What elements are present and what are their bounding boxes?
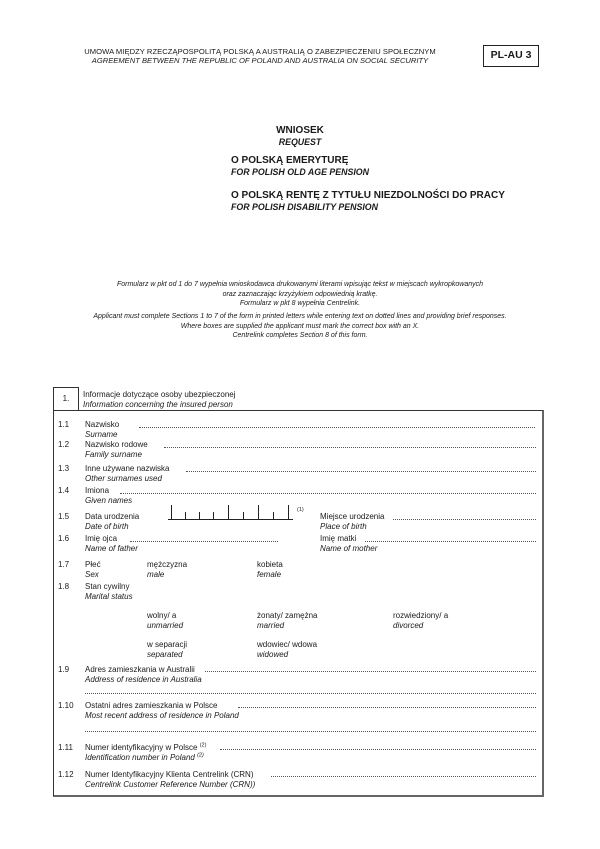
instruction-line: Centrelink completes Section 8 of this f…	[40, 331, 560, 341]
address-australia-field-line-2[interactable]	[85, 693, 536, 694]
field-number: 1.2	[58, 440, 69, 450]
option-pl: żonaty/ zamężna	[257, 611, 317, 621]
family-surname-label: Nazwisko rodowe Family surname	[85, 440, 148, 459]
label-en: Given names	[85, 496, 132, 506]
old-age-title-pl: O POLSKĄ EMERYTURĘ	[231, 155, 369, 167]
option-pl: mężczyzna	[147, 560, 187, 570]
crn-label: Numer Identyfikacyjny Klienta Centrelink…	[85, 770, 255, 789]
agreement-title-en: AGREEMENT BETWEEN THE REPUBLIC OF POLAND…	[60, 56, 460, 66]
request-title-pl: WNIOSEK	[220, 125, 380, 137]
field-number: 1.3	[58, 464, 69, 474]
label-en: Other surnames used	[85, 474, 170, 484]
field-number: 1.5	[58, 512, 69, 522]
instruction-line: oraz zaznaczając krzyżykiem odpowiednią …	[40, 290, 560, 300]
mother-name-label: Imię matki Name of mother	[320, 534, 377, 553]
label-pl: Numer Identyfikacyjny Klienta Centrelink…	[85, 770, 255, 780]
label-pl: Adres zamieszkania w Australii	[85, 665, 202, 675]
address-australia-label: Adres zamieszkania w Australii Address o…	[85, 665, 202, 684]
given-names-field[interactable]	[120, 493, 536, 494]
address-poland-field-line-2[interactable]	[85, 731, 536, 732]
instruction-line: Applicant must complete Sections 1 to 7 …	[40, 312, 560, 322]
old-age-pension-title: O POLSKĄ EMERYTURĘ FOR POLISH OLD AGE PE…	[231, 155, 369, 178]
option-pl: wolny/ a	[147, 611, 183, 621]
field-number: 1.6	[58, 534, 69, 544]
option-pl: w separacji	[147, 640, 187, 650]
sex-label: Płeć Sex	[85, 560, 101, 579]
label-pl: Ostatni adres zamieszkania w Polsce	[85, 701, 239, 711]
option-en: unmarried	[147, 621, 183, 631]
footnote-2-marker: (2)	[200, 742, 207, 748]
label-pl: Numer identyfikacyjny w Polsce	[85, 743, 197, 752]
mother-name-field[interactable]	[365, 541, 536, 542]
section-title-pl: Informacje dotyczące osoby ubezpieczonej	[83, 390, 236, 400]
disability-title-pl: O POLSKĄ RENTĘ Z TYTUŁU NIEZDOLNOŚCI DO …	[231, 190, 505, 202]
id-poland-field[interactable]	[220, 749, 536, 750]
marital-status-label: Stan cywilny Marital status	[85, 582, 133, 601]
old-age-title-en: FOR POLISH OLD AGE PENSION	[231, 167, 369, 178]
marital-option-married[interactable]: żonaty/ zamężna married	[257, 611, 317, 630]
label-en: Name of father	[85, 544, 138, 554]
surname-label: Nazwisko Surname	[85, 420, 119, 439]
label-en: Place of birth	[320, 522, 384, 532]
label-pl: Nazwisko	[85, 420, 119, 430]
surname-field[interactable]	[139, 427, 535, 428]
sex-option-male[interactable]: mężczyzna male	[147, 560, 187, 579]
marital-option-separated[interactable]: w separacji separated	[147, 640, 187, 659]
sex-option-female[interactable]: kobieta female	[257, 560, 283, 579]
other-surnames-label: Inne używane nazwiska Other surnames use…	[85, 464, 170, 483]
instructions-en: Applicant must complete Sections 1 to 7 …	[40, 312, 560, 341]
footnote-2-marker: (2)	[197, 752, 204, 758]
label-en: Address of residence in Australia	[85, 675, 202, 685]
option-en: male	[147, 570, 187, 580]
field-number: 1.12	[58, 770, 74, 780]
option-pl: wdowiec/ wdowa	[257, 640, 317, 650]
label-pl: Imię matki	[320, 534, 377, 544]
field-number: 1.9	[58, 665, 69, 675]
label-en: Date of birth	[85, 522, 139, 532]
label-pl: Płeć	[85, 560, 101, 570]
instruction-line: Formularz w pkt 8 wypełnia Centrelink.	[40, 299, 560, 309]
place-of-birth-label: Miejsce urodzenia Place of birth	[320, 512, 384, 531]
id-poland-label: Numer identyfikacyjny w Polsce (2) Ident…	[85, 743, 206, 762]
footnote-1-marker: (1)	[297, 507, 304, 513]
address-poland-label: Ostatni adres zamieszkania w Polsce Most…	[85, 701, 239, 720]
disability-pension-title: O POLSKĄ RENTĘ Z TYTUŁU NIEZDOLNOŚCI DO …	[231, 190, 505, 213]
option-en: separated	[147, 650, 187, 660]
label-pl: Data urodzenia	[85, 512, 139, 522]
option-en: married	[257, 621, 317, 631]
label-en: Most recent address of residence in Pola…	[85, 711, 239, 721]
label-pl: Nazwisko rodowe	[85, 440, 148, 450]
field-number: 1.10	[58, 701, 74, 711]
section-title: Informacje dotyczące osoby ubezpieczonej…	[83, 390, 236, 409]
section-number: 1.	[53, 387, 79, 411]
request-title: WNIOSEK REQUEST	[220, 125, 380, 148]
option-pl: kobieta	[257, 560, 283, 570]
label-en: Marital status	[85, 592, 133, 602]
instructions-pl: Formularz w pkt od 1 do 7 wypełnia wnios…	[40, 280, 560, 309]
section-title-en: Information concerning the insured perso…	[83, 400, 236, 410]
marital-option-divorced[interactable]: rozwiedziony/ a divorced	[393, 611, 448, 630]
option-en: widowed	[257, 650, 317, 660]
place-of-birth-field[interactable]	[393, 519, 536, 520]
field-number: 1.8	[58, 582, 69, 592]
father-name-label: Imię ojca Name of father	[85, 534, 138, 553]
label-pl: Stan cywilny	[85, 582, 133, 592]
father-name-field[interactable]	[130, 541, 278, 542]
given-names-label: Imiona Given names	[85, 486, 132, 505]
instruction-line: Formularz w pkt od 1 do 7 wypełnia wnios…	[40, 280, 560, 290]
marital-option-widowed[interactable]: wdowiec/ wdowa widowed	[257, 640, 317, 659]
request-title-en: REQUEST	[220, 137, 380, 148]
label-en: Sex	[85, 570, 101, 580]
marital-option-unmarried[interactable]: wolny/ a unmarried	[147, 611, 183, 630]
label-en: Surname	[85, 430, 119, 440]
option-pl: rozwiedziony/ a	[393, 611, 448, 621]
date-of-birth-comb-field[interactable]	[168, 505, 293, 521]
instruction-line: Where boxes are supplied the applicant m…	[40, 322, 560, 332]
address-australia-field[interactable]	[205, 671, 536, 672]
field-number: 1.4	[58, 486, 69, 496]
form-code-badge: PL-AU 3	[483, 45, 539, 67]
label-en: Identification number in Poland	[85, 753, 195, 762]
field-number: 1.1	[58, 420, 69, 430]
family-surname-field[interactable]	[164, 447, 536, 448]
disability-title-en: FOR POLISH DISABILITY PENSION	[231, 202, 505, 213]
label-en: Name of mother	[320, 544, 377, 554]
crn-field[interactable]	[271, 776, 536, 777]
label-pl: Imiona	[85, 486, 132, 496]
date-of-birth-label: Data urodzenia Date of birth	[85, 512, 139, 531]
other-surnames-field[interactable]	[186, 471, 536, 472]
field-number: 1.11	[58, 743, 73, 753]
label-pl: Inne używane nazwiska	[85, 464, 170, 474]
label-en: Family surname	[85, 450, 148, 460]
address-poland-field[interactable]	[238, 707, 536, 708]
label-en: Centrelink Customer Reference Number (CR…	[85, 780, 255, 790]
label-pl: Imię ojca	[85, 534, 138, 544]
label-pl: Miejsce urodzenia	[320, 512, 384, 522]
option-en: divorced	[393, 621, 448, 631]
field-number: 1.7	[58, 560, 69, 570]
option-en: female	[257, 570, 283, 580]
